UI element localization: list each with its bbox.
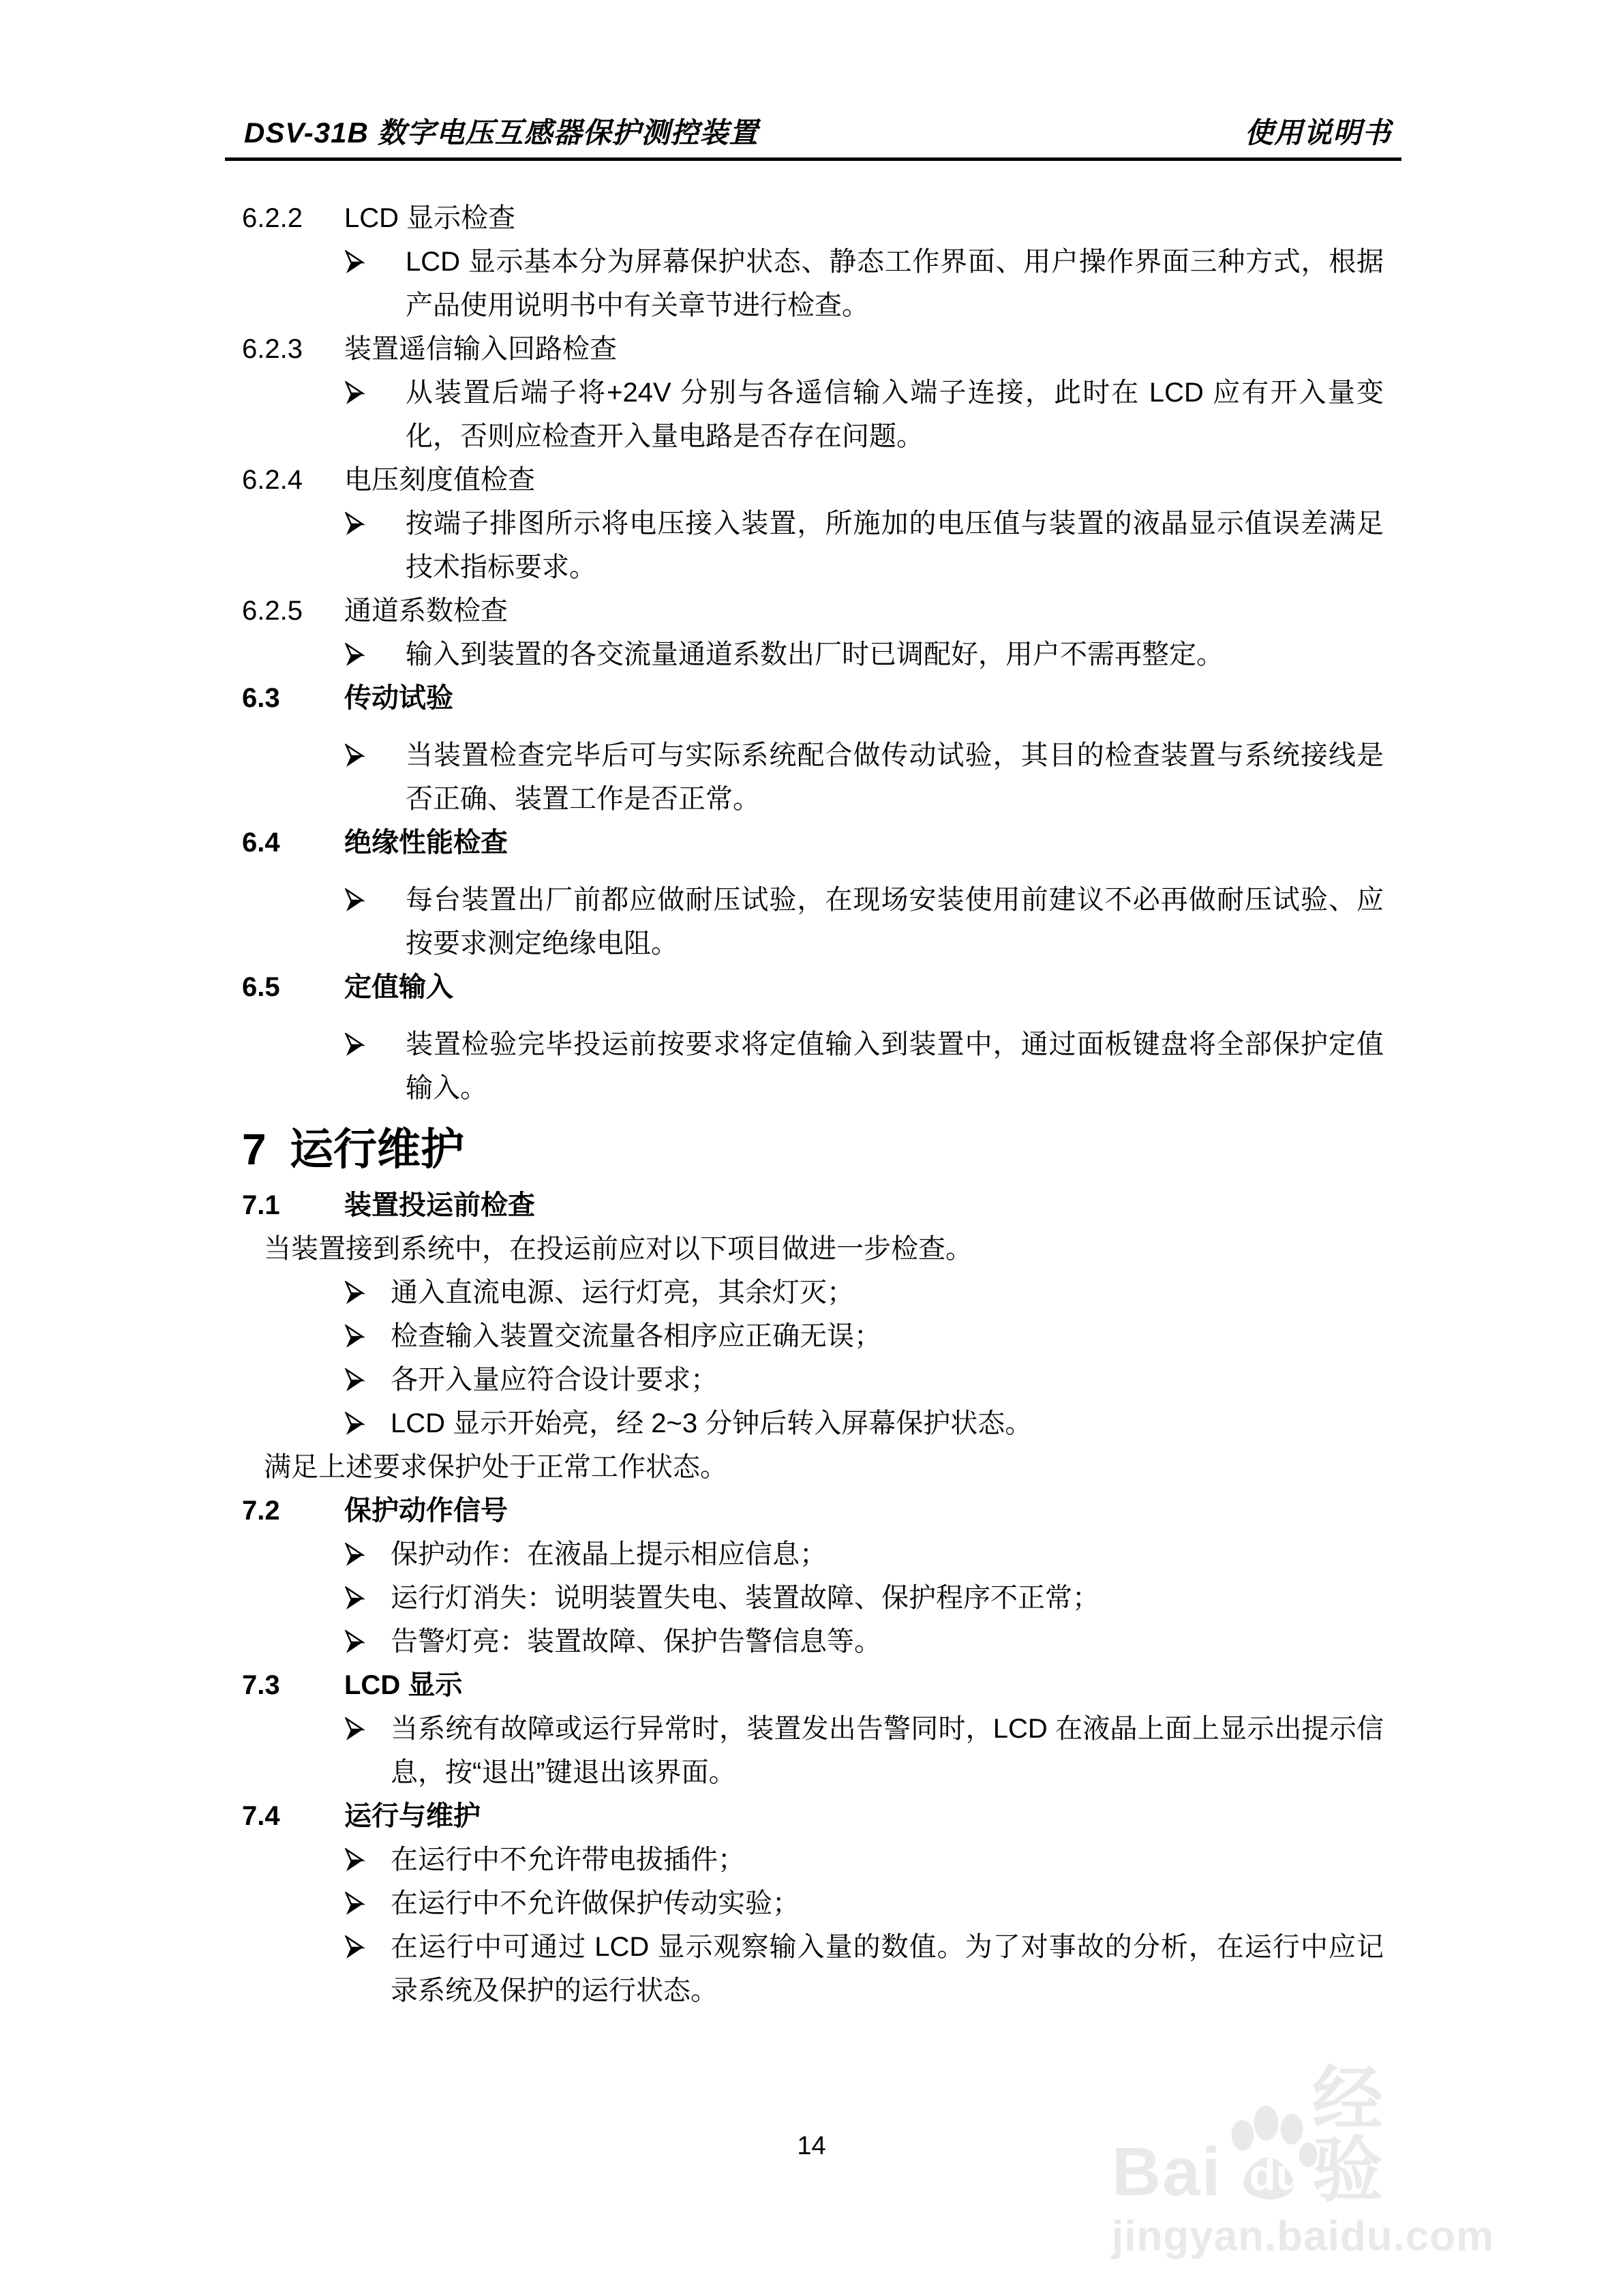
bullet-item: 在运行中不允许做保护传动实验； (242, 1882, 1384, 1925)
bullet-item: 输入到装置的各交流量通道系数出厂时已调配好，用户不需再整定。 (242, 633, 1384, 676)
arrowhead-right-icon (344, 1707, 391, 1794)
arrowhead-right-icon (344, 371, 406, 458)
arrowhead-right-icon (344, 1925, 391, 2012)
section-number: 6.2.3 (242, 327, 344, 371)
section-title: LCD 显示 (344, 1663, 462, 1707)
arrowhead-right-icon (344, 878, 406, 965)
arrowhead-right-icon (344, 1023, 406, 1110)
section-heading-622: 6.2.2 LCD 显示检查 (242, 196, 1384, 240)
arrowhead-right-icon (344, 240, 406, 327)
section-number: 7.3 (242, 1663, 344, 1707)
bullet-text: 装置检验完毕投运前按要求将定值输入到装置中，通过面板键盘将全部保护定值输入。 (406, 1023, 1384, 1110)
bullet-text: LCD 显示基本分为屏幕保护状态、静态工作界面、用户操作界面三种方式，根据产品使… (406, 240, 1384, 327)
section-heading-71: 7.1 装置投运前检查 (242, 1183, 1384, 1227)
bullet-item: 按端子排图所示将电压接入装置，所施加的电压值与装置的液晶显示值误差满足技术指标要… (242, 502, 1384, 589)
bullet-text: 输入到装置的各交流量通道系数出厂时已调配好，用户不需再整定。 (406, 633, 1384, 676)
section-title: 装置遥信输入回路检查 (344, 327, 617, 371)
section-number: 7.1 (242, 1183, 344, 1227)
section-heading-73: 7.3 LCD 显示 (242, 1663, 1384, 1707)
baidu-jingyan-watermark: Bai du 经验 jingyan.baidu.com (1112, 2064, 1398, 2258)
bullet-item: 各开入量应符合设计要求； (242, 1358, 1384, 1402)
bullet-item: 检查输入装置交流量各相序应正确无误； (242, 1314, 1384, 1358)
bullet-text: 当装置检查完毕后可与实际系统配合做传动试验，其目的检查装置与系统接线是否正确、装… (406, 734, 1384, 821)
header-left-title: DSV-31B 数字电压互感器保护测控装置 (244, 110, 759, 151)
section-number: 6.3 (242, 676, 344, 720)
chapter-title: 运行维护 (290, 1115, 464, 1183)
arrowhead-right-icon (344, 1882, 391, 1925)
bullet-text: LCD 显示开始亮，经 2~3 分钟后转入屏幕保护状态。 (391, 1402, 1384, 1445)
section-number: 6.2.2 (242, 196, 344, 240)
document-body: 6.2.2 LCD 显示检查 LCD 显示基本分为屏幕保护状态、静态工作界面、用… (242, 196, 1384, 2012)
arrowhead-right-icon (344, 1314, 391, 1358)
watermark-du-text: du (1249, 2153, 1303, 2196)
bullet-item: 装置检验完毕投运前按要求将定值输入到装置中，通过面板键盘将全部保护定值输入。 (242, 1023, 1384, 1110)
section-title: 装置投运前检查 (344, 1183, 535, 1227)
bullet-item: 从装置后端子将+24V 分别与各遥信输入端子连接，此时在 LCD 应有开入量变化… (242, 371, 1384, 458)
watermark-logo: Bai du 经验 (1112, 2064, 1398, 2206)
bullet-text: 检查输入装置交流量各相序应正确无误； (391, 1314, 1384, 1358)
section-intro: 当装置接到系统中，在投运前应对以下项目做进一步检查。 (242, 1227, 1384, 1271)
bullet-item: 在运行中可通过 LCD 显示观察输入量的数值。为了对事故的分析，在运行中应记录系… (242, 1925, 1384, 2012)
section-title: 绝缘性能检查 (344, 821, 508, 864)
arrowhead-right-icon (344, 1402, 391, 1445)
bullet-item: LCD 显示开始亮，经 2~3 分钟后转入屏幕保护状态。 (242, 1402, 1384, 1445)
section-title: LCD 显示检查 (344, 196, 515, 240)
section-number: 6.2.5 (242, 589, 344, 633)
section-heading-65: 6.5 定值输入 (242, 965, 1384, 1009)
arrowhead-right-icon (344, 1838, 391, 1882)
section-heading-624: 6.2.4 电压刻度值检查 (242, 458, 1384, 502)
header-right-title: 使用说明书 (1245, 110, 1391, 151)
section-number: 6.2.4 (242, 458, 344, 502)
section-title: 传动试验 (344, 676, 453, 720)
section-heading-74: 7.4 运行与维护 (242, 1794, 1384, 1838)
section-heading-64: 6.4 绝缘性能检查 (242, 821, 1384, 864)
section-heading-623: 6.2.3 装置遥信输入回路检查 (242, 327, 1384, 371)
bullet-text: 按端子排图所示将电压接入装置，所施加的电压值与装置的液晶显示值误差满足技术指标要… (406, 502, 1384, 589)
bullet-item: 当系统有故障或运行异常时，装置发出告警同时，LCD 在液晶上面上显示出提示信息，… (242, 1707, 1384, 1794)
bullet-text: 运行灯消失：说明装置失电、装置故障、保护程序不正常； (391, 1576, 1384, 1620)
section-heading-72: 7.2 保护动作信号 (242, 1489, 1384, 1532)
bullet-text: 保护动作：在液晶上提示相应信息； (391, 1532, 1384, 1576)
bullet-text: 在运行中可通过 LCD 显示观察输入量的数值。为了对事故的分析，在运行中应记录系… (391, 1925, 1384, 2012)
section-title: 通道系数检查 (344, 589, 508, 633)
section-title: 定值输入 (344, 965, 453, 1009)
bullet-text: 通入直流电源、运行灯亮，其余灯灭； (391, 1271, 1384, 1314)
bullet-text: 在运行中不允许带电拔插件； (391, 1838, 1384, 1882)
section-number: 7.4 (242, 1794, 344, 1838)
section-title: 运行与维护 (344, 1794, 481, 1838)
page-header: DSV-31B 数字电压互感器保护测控装置 使用说明书 (244, 110, 1391, 151)
section-title: 保护动作信号 (344, 1489, 508, 1532)
bullet-item: LCD 显示基本分为屏幕保护状态、静态工作界面、用户操作界面三种方式，根据产品使… (242, 240, 1384, 327)
bullet-text: 在运行中不允许做保护传动实验； (391, 1882, 1384, 1925)
section-heading-63: 6.3 传动试验 (242, 676, 1384, 720)
section-number: 6.4 (242, 821, 344, 864)
bullet-item: 保护动作：在液晶上提示相应信息； (242, 1532, 1384, 1576)
bullet-item: 告警灯亮：装置故障、保护告警信息等。 (242, 1620, 1384, 1663)
section-number: 6.5 (242, 965, 344, 1009)
section-heading-625: 6.2.5 通道系数检查 (242, 589, 1384, 633)
chapter-number: 7 (242, 1115, 290, 1183)
bullet-text: 各开入量应符合设计要求； (391, 1358, 1384, 1402)
arrowhead-right-icon (344, 1532, 391, 1576)
bullet-item: 每台装置出厂前都应做耐压试验，在现场安装使用前建议不必再做耐压试验、应按要求测定… (242, 878, 1384, 965)
watermark-bai-text: Bai (1112, 2138, 1222, 2206)
bullet-text: 当系统有故障或运行异常时，装置发出告警同时，LCD 在液晶上面上显示出提示信息，… (391, 1707, 1384, 1794)
watermark-url: jingyan.baidu.com (1112, 2216, 1398, 2258)
section-outro: 满足上述要求保护处于正常工作状态。 (242, 1445, 1384, 1489)
bullet-text: 每台装置出厂前都应做耐压试验，在现场安装使用前建议不必再做耐压试验、应按要求测定… (406, 878, 1384, 965)
header-rule (225, 157, 1401, 161)
section-title: 电压刻度值检查 (344, 458, 535, 502)
arrowhead-right-icon (344, 734, 406, 821)
bullet-item: 在运行中不允许带电拔插件； (242, 1838, 1384, 1882)
section-number: 7.2 (242, 1489, 344, 1532)
chapter-heading-7: 7 运行维护 (242, 1115, 1384, 1183)
bullet-item: 通入直流电源、运行灯亮，其余灯灭； (242, 1271, 1384, 1314)
bullet-text: 告警灯亮：装置故障、保护告警信息等。 (391, 1620, 1384, 1663)
arrowhead-right-icon (344, 502, 406, 589)
arrowhead-right-icon (344, 1576, 391, 1620)
arrowhead-right-icon (344, 1358, 391, 1402)
watermark-jingyan-text: 经验 (1312, 2064, 1398, 2206)
arrowhead-right-icon (344, 1271, 391, 1314)
arrowhead-right-icon (344, 1620, 391, 1663)
bullet-item: 运行灯消失：说明装置失电、装置故障、保护程序不正常； (242, 1576, 1384, 1620)
bullet-text: 从装置后端子将+24V 分别与各遥信输入端子连接，此时在 LCD 应有开入量变化… (406, 371, 1384, 458)
manual-page: DSV-31B 数字电压互感器保护测控装置 使用说明书 6.2.2 LCD 显示… (0, 0, 1623, 2296)
arrowhead-right-icon (344, 633, 406, 676)
bullet-item: 当装置检查完毕后可与实际系统配合做传动试验，其目的检查装置与系统接线是否正确、装… (242, 734, 1384, 821)
